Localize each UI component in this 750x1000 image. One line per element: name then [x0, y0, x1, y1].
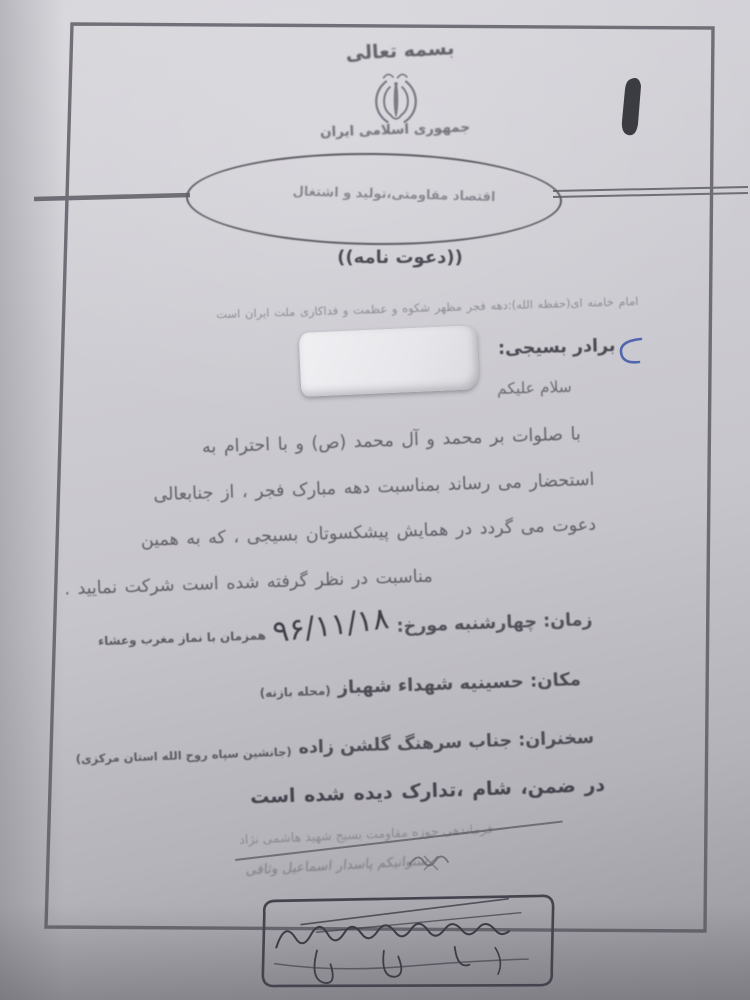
body-paragraph: با صلوات بر محمد و آل محمد (ص) و با احتر… — [62, 412, 598, 612]
right-rule-1 — [553, 187, 748, 191]
year-slogan: اقتصاد مقاومتی،تولید و اشتغال — [208, 182, 580, 207]
blue-pen-mark — [615, 333, 647, 369]
invitation-title: ((دعوت نامه)) — [280, 247, 520, 268]
small-pen-scribble — [404, 848, 454, 876]
right-rule-2 — [553, 193, 748, 197]
salutation-label: برادر بسیجی: — [497, 336, 615, 359]
time-note: همزمان با نماز مغرب وعشاء — [98, 619, 267, 648]
greeting-text: سلام علیکم — [497, 378, 572, 398]
time-label: زمان: چهارشنبه مورخ: — [396, 609, 593, 636]
correction-patch — [299, 325, 480, 397]
photographed-invitation-letter: { "letterhead": { "bismillah": "بسمه تعا… — [0, 0, 750, 1000]
photo-left-shadow — [0, 0, 64, 1000]
place-note: (محله بازنه) — [259, 679, 331, 700]
photo-bottom-shadow — [0, 905, 750, 1000]
dark-smudge-mark — [622, 78, 641, 135]
